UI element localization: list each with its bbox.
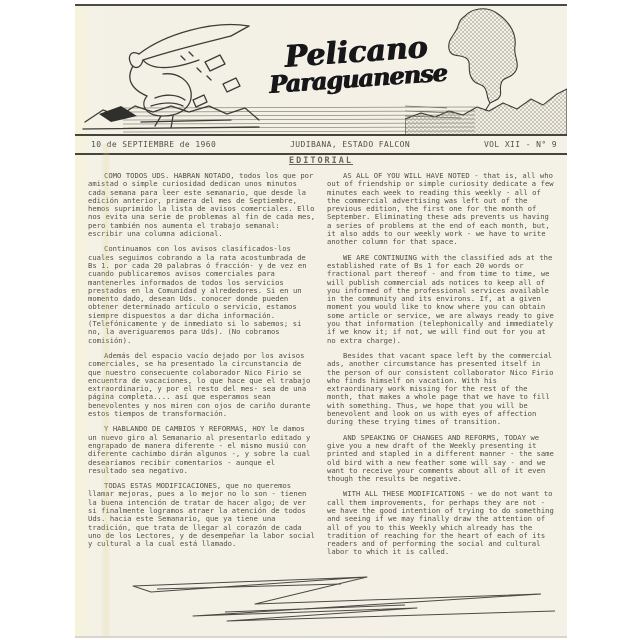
english-column: AS ALL OF YOU WILL HAVE NOTED - that is,… bbox=[327, 172, 556, 564]
editorial-paragraph: Además del espacio vacío dejado por los … bbox=[88, 352, 317, 418]
dateline-row: 10 de SEPTIEMBRE de 1960 JUDIBANA, ESTAD… bbox=[75, 134, 567, 155]
issue-volume: VOL XII - N° 9 bbox=[484, 140, 567, 149]
zigzag-flourish bbox=[105, 574, 555, 624]
editorial-paragraph: AND SPEAKING OF CHANGES AND REFORMS, TOD… bbox=[327, 434, 556, 484]
issue-location: JUDIBANA, ESTADO FALCON bbox=[216, 140, 484, 149]
spanish-column: COMO TODOS UDS. HABRAN NOTADO, todos los… bbox=[88, 172, 317, 564]
editorial-paragraph: COMO TODOS UDS. HABRAN NOTADO, todos los… bbox=[88, 172, 317, 238]
editorial-heading: EDITORIAL bbox=[75, 156, 567, 166]
editorial-paragraph: WE ARE CONTINUING with the classified ad… bbox=[327, 254, 556, 345]
editorial-paragraph: Y HABLANDO DE CAMBIOS Y REFORMAS, HOY le… bbox=[88, 425, 317, 475]
editorial-paragraph: Besides that vacant space left by the co… bbox=[327, 352, 556, 427]
editorial-paragraph: Continuamos con los avisos clasificados-… bbox=[88, 245, 317, 345]
issue-date: 10 de SEPTIEMBRE de 1960 bbox=[75, 140, 216, 149]
editorial-body: COMO TODOS UDS. HABRAN NOTADO, todos los… bbox=[88, 172, 556, 564]
newsletter-paper: Pelicano Paraguanense 10 de SEPTIEMBRE d… bbox=[75, 4, 567, 638]
editorial-paragraph: TODAS ESTAS MODIFICACIONES, que no quere… bbox=[88, 482, 317, 548]
editorial-paragraph: WITH ALL THESE MODIFICATIONS - we do not… bbox=[327, 490, 556, 556]
masthead: Pelicano Paraguanense bbox=[75, 4, 567, 136]
scanned-newsletter-page: Pelicano Paraguanense 10 de SEPTIEMBRE d… bbox=[0, 0, 640, 640]
editorial-paragraph: AS ALL OF YOU WILL HAVE NOTED - that is,… bbox=[327, 172, 556, 247]
pelican-icon bbox=[81, 10, 263, 136]
